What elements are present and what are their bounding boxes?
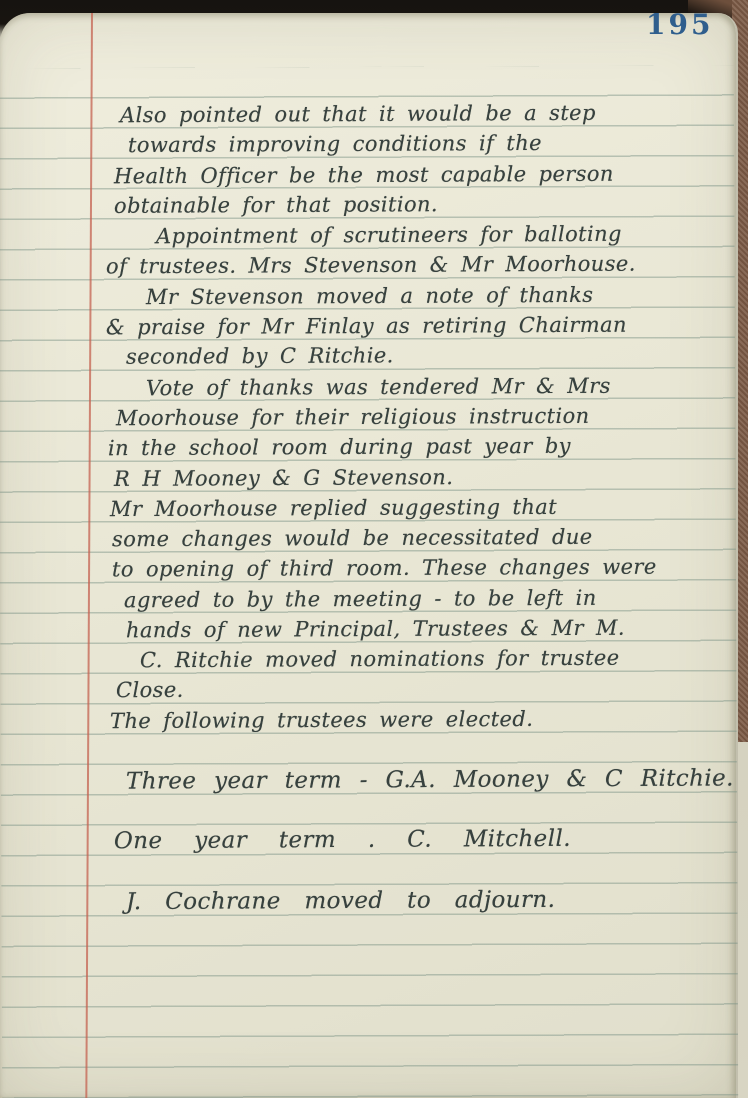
page-number: 195 xyxy=(646,8,716,41)
handwritten-line: Three year term - G.A. Mooney & C Ritchi… xyxy=(126,765,734,794)
handwritten-line: Close. xyxy=(116,678,184,702)
ledger-photo: 195 Also pointed out that it would be a … xyxy=(0,0,748,1098)
handwritten-line: agreed to by the meeting - to be left in xyxy=(124,586,597,612)
handwritten-line: R H Mooney & G Stevenson. xyxy=(114,465,453,491)
handwritten-line: in the school room during past year by xyxy=(108,434,571,460)
handwritten-line: seconded by C Ritchie. xyxy=(126,343,394,368)
handwritten-line: towards improving conditions if the xyxy=(128,131,542,157)
handwritten-line: One year term . C. Mitchell. xyxy=(114,826,571,854)
handwritten-line: Mr Moorhouse replied suggesting that xyxy=(110,495,557,521)
handwritten-line: Health Officer be the most capable perso… xyxy=(114,162,614,189)
handwritten-line: obtainable for that position. xyxy=(114,192,438,218)
handwritten-line: Mr Stevenson moved a note of thanks xyxy=(146,283,594,309)
handwritten-line: The following trustees were elected. xyxy=(110,707,533,733)
handwritten-line: to opening of third room. These changes … xyxy=(112,555,657,582)
handwritten-line: J. Cochrane moved to adjourn. xyxy=(126,887,555,915)
handwritten-line: of trustees. Mrs Stevenson & Mr Moorhous… xyxy=(106,252,636,279)
ruled-lines xyxy=(0,65,738,1098)
handwritten-line: Also pointed out that it would be a step xyxy=(120,101,596,127)
handwritten-line: Appointment of scrutineers for balloting xyxy=(156,222,622,248)
handwritten-line: hands of new Principal, Trustees & Mr M. xyxy=(126,616,625,643)
handwritten-line: C. Ritchie moved nominations for trustee xyxy=(140,646,620,673)
handwritten-line: Moorhouse for their religious instructio… xyxy=(116,404,590,430)
handwritten-line: & praise for Mr Finlay as retiring Chair… xyxy=(106,313,627,340)
handwritten-line: some changes would be necessitated due xyxy=(112,525,593,552)
handwritten-line: Vote of thanks was tendered Mr & Mrs xyxy=(146,374,611,400)
